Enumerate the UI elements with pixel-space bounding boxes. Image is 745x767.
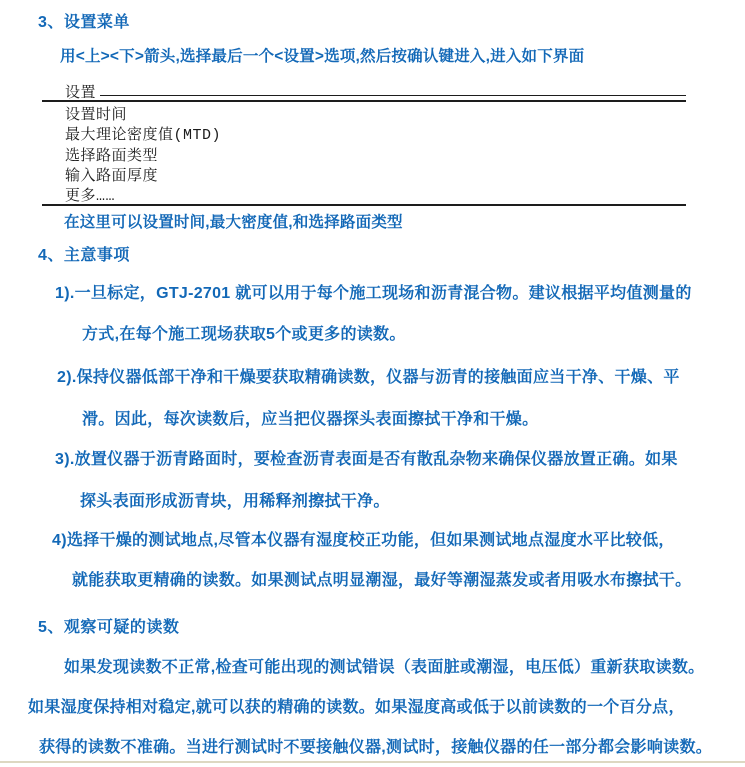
section5-heading: 5、观察可疑的读数 (38, 614, 179, 637)
note2-line1: 2).保持仪器低部干净和干燥要获取精确读数，仪器与沥青的接触面应当干净、干燥、平 (57, 364, 680, 387)
note3-line2: 探头表面形成沥青块，用稀释剂擦拭干净。 (80, 488, 390, 511)
menu-title: 设置 (65, 81, 96, 102)
note1-line2: 方式,在每个施工现场获取5个或更多的读数。 (82, 321, 406, 344)
menu-separator-bottom (42, 204, 686, 206)
note2-line2: 滑。因此，每次读数后，应当把仪器探头表面擦拭干净和干燥。 (82, 406, 538, 429)
note3-line1: 3).放置仪器于沥青路面时，要检查沥青表面是否有散乱杂物来确保仪器放置正确。如果 (55, 446, 678, 469)
menu-item-pavement-type: 选择路面类型 (65, 144, 158, 165)
menu-caption: 在这里可以设置时间,最大密度值,和选择路面类型 (64, 210, 403, 232)
page-bottom-edge (0, 761, 745, 763)
section3-intro-text: 用<上><下>箭头,选择最后一个<设置>选项,然后按确认键进入,进入如下界面 (60, 44, 584, 66)
menu-item-more: 更多…… (65, 184, 115, 205)
note4-line1: 4)选择干燥的测试地点,尽管本仪器有湿度校正功能，但如果测试地点湿度水平比较低， (52, 527, 675, 550)
menu-item-pavement-thickness: 输入路面厚度 (65, 164, 158, 185)
section5-line2: 如果湿度保持相对稳定,就可以获的精确的读数。如果湿度高或低于以前读数的一个百分点… (28, 694, 685, 717)
menu-separator-top (42, 100, 686, 102)
document-page: 3、设置菜单 用<上><下>箭头,选择最后一个<设置>选项,然后按确认键进入,进… (0, 0, 745, 767)
menu-item-mtd: 最大理论密度值(MTD) (65, 123, 221, 144)
section4-heading: 4、主意事项 (38, 242, 130, 265)
menu-item-set-time: 设置时间 (65, 103, 127, 124)
note1-line1: 1).一旦标定，GTJ-2701 就可以用于每个施工现场和沥青混合物。建议根据平… (55, 280, 692, 303)
note4-line2: 就能获取更精确的读数。如果测试点明显潮湿，最好等潮湿蒸发或者用吸水布擦拭干。 (72, 567, 691, 590)
section5-line1: 如果发现读数不正常,检查可能出现的测试错误（表面脏或潮湿，电压低）重新获取读数。 (64, 654, 704, 677)
menu-title-underline (100, 95, 686, 96)
section3-heading: 3、设置菜单 (38, 9, 130, 32)
section5-line3: 获得的读数不准确。当进行测试时不要接触仪器,测试时，接触仪器的任一部分都会影响读… (39, 734, 712, 757)
